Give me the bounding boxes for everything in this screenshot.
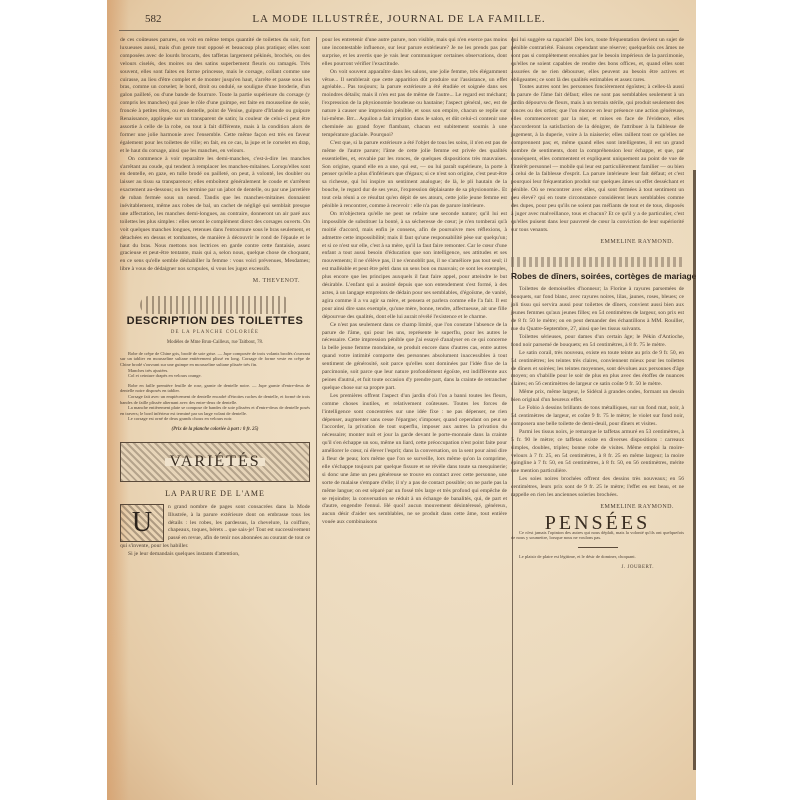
paragraph: Les soies noires brochées offrent des de… [511, 476, 684, 500]
journal-title: LA MODE ILLUSTRÉE, JOURNAL DE LA FAMILLE… [119, 13, 679, 25]
quote: Le plaisir de plaire est légitime, et le… [511, 554, 684, 560]
section-title-description: DESCRIPTION DES TOILETTES [120, 318, 310, 326]
column-right: qui lui suggère sa rapacité! Dès lors, t… [511, 37, 684, 571]
section-title-robes: Robes de dîners, soirées, cortèges de ma… [511, 273, 684, 281]
section-title-pensees: PENSÉES [511, 520, 684, 528]
paragraph: de ces coûteuses parures, on voit en mêm… [120, 37, 310, 156]
quote: Ce n'est jamais l'opinion des autres qui… [511, 530, 684, 541]
paragraph: C'est que, si la parure extérieure a été… [322, 140, 507, 211]
paragraph: Si je leur demandais quelques instants d… [120, 551, 310, 559]
paragraph: Même prix, même largeur, le Sidéral à gr… [511, 389, 684, 405]
column-left: de ces coûteuses parures, on voit en mêm… [120, 37, 310, 559]
description-paragraph: Col et ceinture drapés en velours orange… [120, 373, 310, 379]
dropcap-letter: U [120, 504, 164, 542]
column-middle: pour les entretenir d'une autre parure, … [316, 37, 513, 785]
paragraph: Toilettes de demoiselles d'honneur; la F… [511, 286, 684, 333]
paragraph: Parmi les tissus noirs, je remarque le t… [511, 429, 684, 476]
description-paragraph: La manche entièrement plate se compose d… [120, 405, 310, 416]
divider-rule [578, 547, 618, 548]
description-paragraph: Corsage fait avec un empiècement de dent… [120, 394, 310, 405]
paragraph: On m'objectera qu'elle ne peut se refair… [322, 211, 507, 322]
paragraph: On commence à voir reparaître les demi-m… [120, 156, 310, 275]
paragraph: On voit souvent apparaître dans les salo… [322, 69, 507, 140]
price-note: (Prix de la planche coloriée à part : 0 … [120, 426, 310, 434]
paragraph: Ce n'est pas seulement dans ce champ lim… [322, 322, 507, 393]
paragraph: Le Fobio à dessins brillants de tons mét… [511, 405, 684, 429]
signature: EMMELINE RAYMOND. [511, 504, 674, 512]
paragraph: Toilettes sérieuses, pour dames d'un cer… [511, 334, 684, 350]
signature: M. THEVENOT. [120, 278, 300, 286]
varietes-banner: VARIÉTÉS [120, 442, 310, 482]
models-credit: Modèles de Mme Brun-Cailleux, rue Taitbo… [120, 339, 310, 347]
description-paragraph: Robe de crêpe de Chine gris, brodé de so… [120, 351, 310, 368]
paragraph: qui lui suggère sa rapacité! Dès lors, t… [511, 37, 684, 84]
ornament-divider [511, 257, 684, 267]
paragraph: Le satin corail, très nouveau, existe en… [511, 350, 684, 390]
ornament-divider [140, 296, 290, 314]
newspaper-page: 582 LA MODE ILLUSTRÉE, JOURNAL DE LA FAM… [107, 0, 696, 800]
signature: EMMELINE RAYMOND. [511, 239, 674, 247]
article-title: LA PARURE DE L'AME [120, 490, 310, 498]
description-paragraph: Le corsage est orné de deux grands choux… [120, 416, 310, 422]
paragraph: Les premières offrent l'aspect d'un jard… [322, 393, 507, 527]
paragraph: Toutes autres sont les personnes foncièr… [511, 84, 684, 234]
section-subtitle: DE LA PLANCHE COLORIÉE [120, 329, 310, 337]
varietes-banner-text: VARIÉTÉS [165, 458, 264, 466]
description-paragraph: Robe en faille première feuille de rose,… [120, 383, 310, 394]
page-header: 582 LA MODE ILLUSTRÉE, JOURNAL DE LA FAM… [119, 10, 679, 31]
signature: J. JOUBERT. [511, 564, 654, 572]
paragraph: pour les entretenir d'une autre parure, … [322, 37, 507, 69]
